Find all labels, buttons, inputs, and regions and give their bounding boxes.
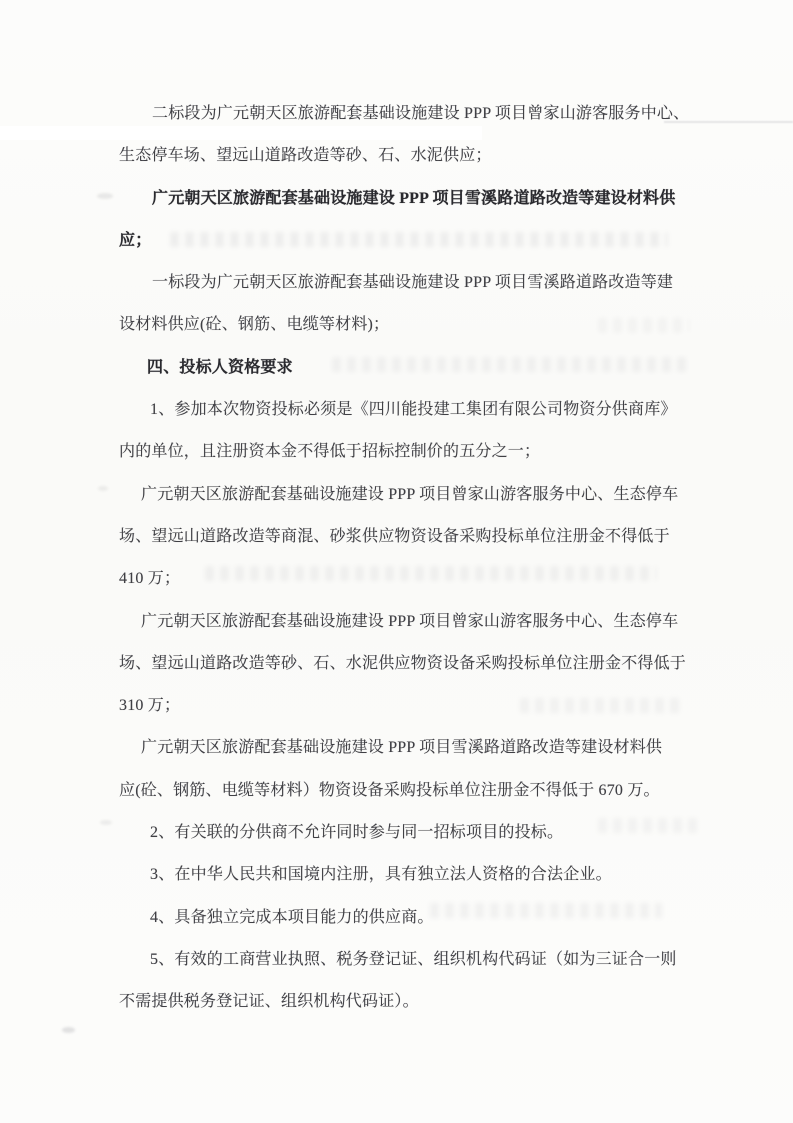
text-line: 310 万； (119, 685, 685, 727)
text-line: 4、具备独立完成本项目能力的供应商。 (119, 897, 685, 939)
document-text-block: 二标段为广元朝天区旅游配套基础设施建设 PPP 项目曾家山游客服务中心、生态停车… (119, 93, 685, 1024)
text-line: 410 万； (119, 558, 685, 600)
text-line: 场、望远山道路改造等砂、石、水泥供应物资设备采购投标单位注册金不得低于 (119, 643, 685, 685)
scanned-document-page: 二标段为广元朝天区旅游配套基础设施建设 PPP 项目曾家山游客服务中心、生态停车… (0, 0, 793, 1123)
text-line: 广元朝天区旅游配套基础设施建设 PPP 项目雪溪路道路改造等建设材料供 (119, 727, 685, 769)
text-line: 广元朝天区旅游配套基础设施建设 PPP 项目雪溪路道路改造等建设材料供 (119, 178, 685, 220)
text-line: 广元朝天区旅游配套基础设施建设 PPP 项目曾家山游客服务中心、生态停车 (119, 601, 685, 643)
text-line: 不需提供税务登记证、组织机构代码证）。 (119, 981, 685, 1023)
text-line: 3、在中华人民共和国境内注册，具有独立法人资格的合法企业。 (119, 854, 685, 896)
text-line: 四、投标人资格要求 (119, 347, 685, 389)
text-line: 内的单位，且注册资本金不得低于招标控制价的五分之一； (119, 431, 685, 473)
text-line: 一标段为广元朝天区旅游配套基础设施建设 PPP 项目雪溪路道路改造等建 (119, 262, 685, 304)
text-line: 二标段为广元朝天区旅游配套基础设施建设 PPP 项目曾家山游客服务中心、 (119, 93, 685, 135)
text-line: 设材料供应(砼、钢筋、电缆等材料)； (119, 304, 685, 346)
text-line: 2、有关联的分供商不允许同时参与同一招标项目的投标。 (119, 812, 685, 854)
scan-speck-artifact (97, 193, 113, 199)
text-line: 应； (119, 220, 685, 262)
text-line: 应(砼、钢筋、电缆等材料）物资设备采购投标单位注册金不得低于 670 万。 (119, 770, 685, 812)
text-line: 5、有效的工商营业执照、税务登记证、组织机构代码证（如为三证合一则 (119, 939, 685, 981)
text-line: 广元朝天区旅游配套基础设施建设 PPP 项目曾家山游客服务中心、生态停车 (119, 474, 685, 516)
text-line: 场、望远山道路改造等商混、砂浆供应物资设备采购投标单位注册金不得低于 (119, 516, 685, 558)
text-line: 1、参加本次物资投标必须是《四川能投建工集团有限公司物资分供商库》 (119, 389, 685, 431)
scan-speck-artifact (100, 820, 112, 825)
text-line: 生态停车场、望远山道路改造等砂、石、水泥供应； (119, 135, 685, 177)
scan-speck-artifact (62, 1027, 75, 1033)
scan-speck-artifact (98, 486, 108, 491)
